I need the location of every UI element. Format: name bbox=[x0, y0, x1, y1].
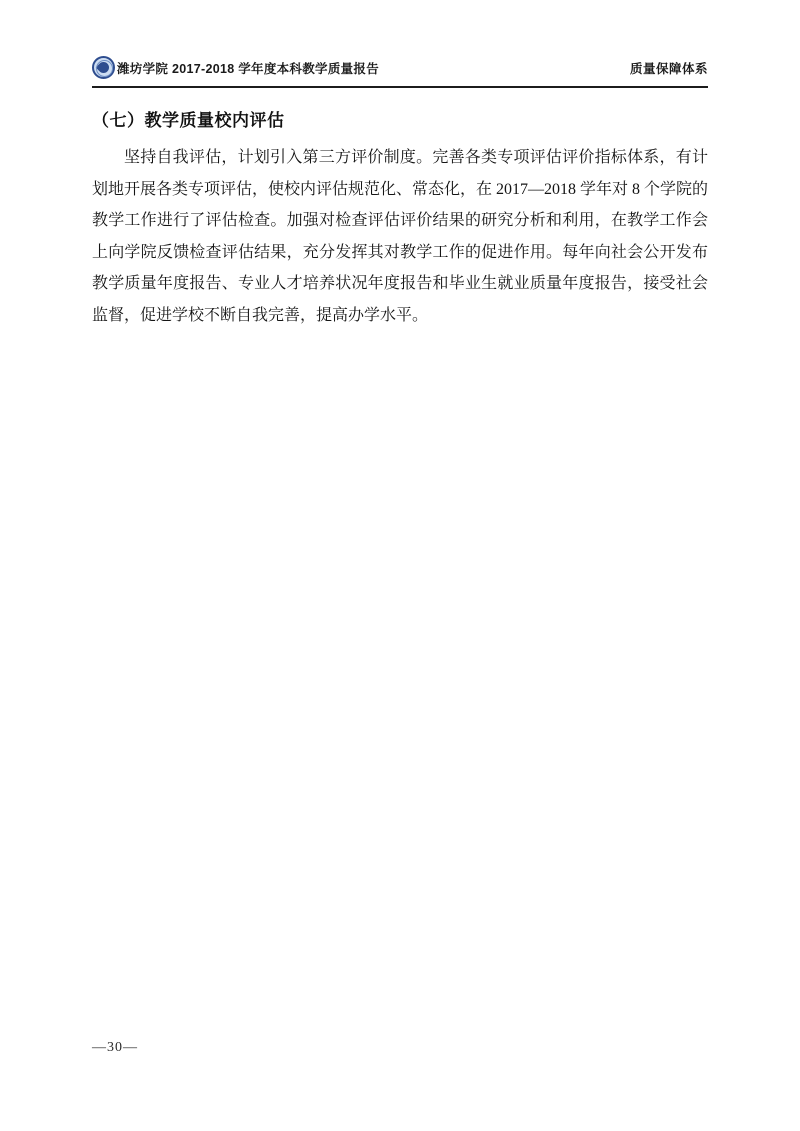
university-seal-icon bbox=[92, 56, 115, 79]
section-heading: （七）教学质量校内评估 bbox=[92, 106, 708, 131]
body-paragraph: 坚持自我评估，计划引入第三方评价制度。完善各类专项评估评价指标体系，有计划地开展… bbox=[92, 142, 708, 331]
document-page: 潍坊学院 2017-2018 学年度本科教学质量报告 质量保障体系 （七）教学质… bbox=[0, 0, 800, 1131]
page-number: —30— bbox=[92, 1040, 138, 1056]
header-section-label: 质量保障体系 bbox=[630, 59, 708, 77]
page-header: 潍坊学院 2017-2018 学年度本科教学质量报告 质量保障体系 bbox=[92, 56, 708, 88]
header-title: 潍坊学院 2017-2018 学年度本科教学质量报告 bbox=[117, 59, 379, 77]
